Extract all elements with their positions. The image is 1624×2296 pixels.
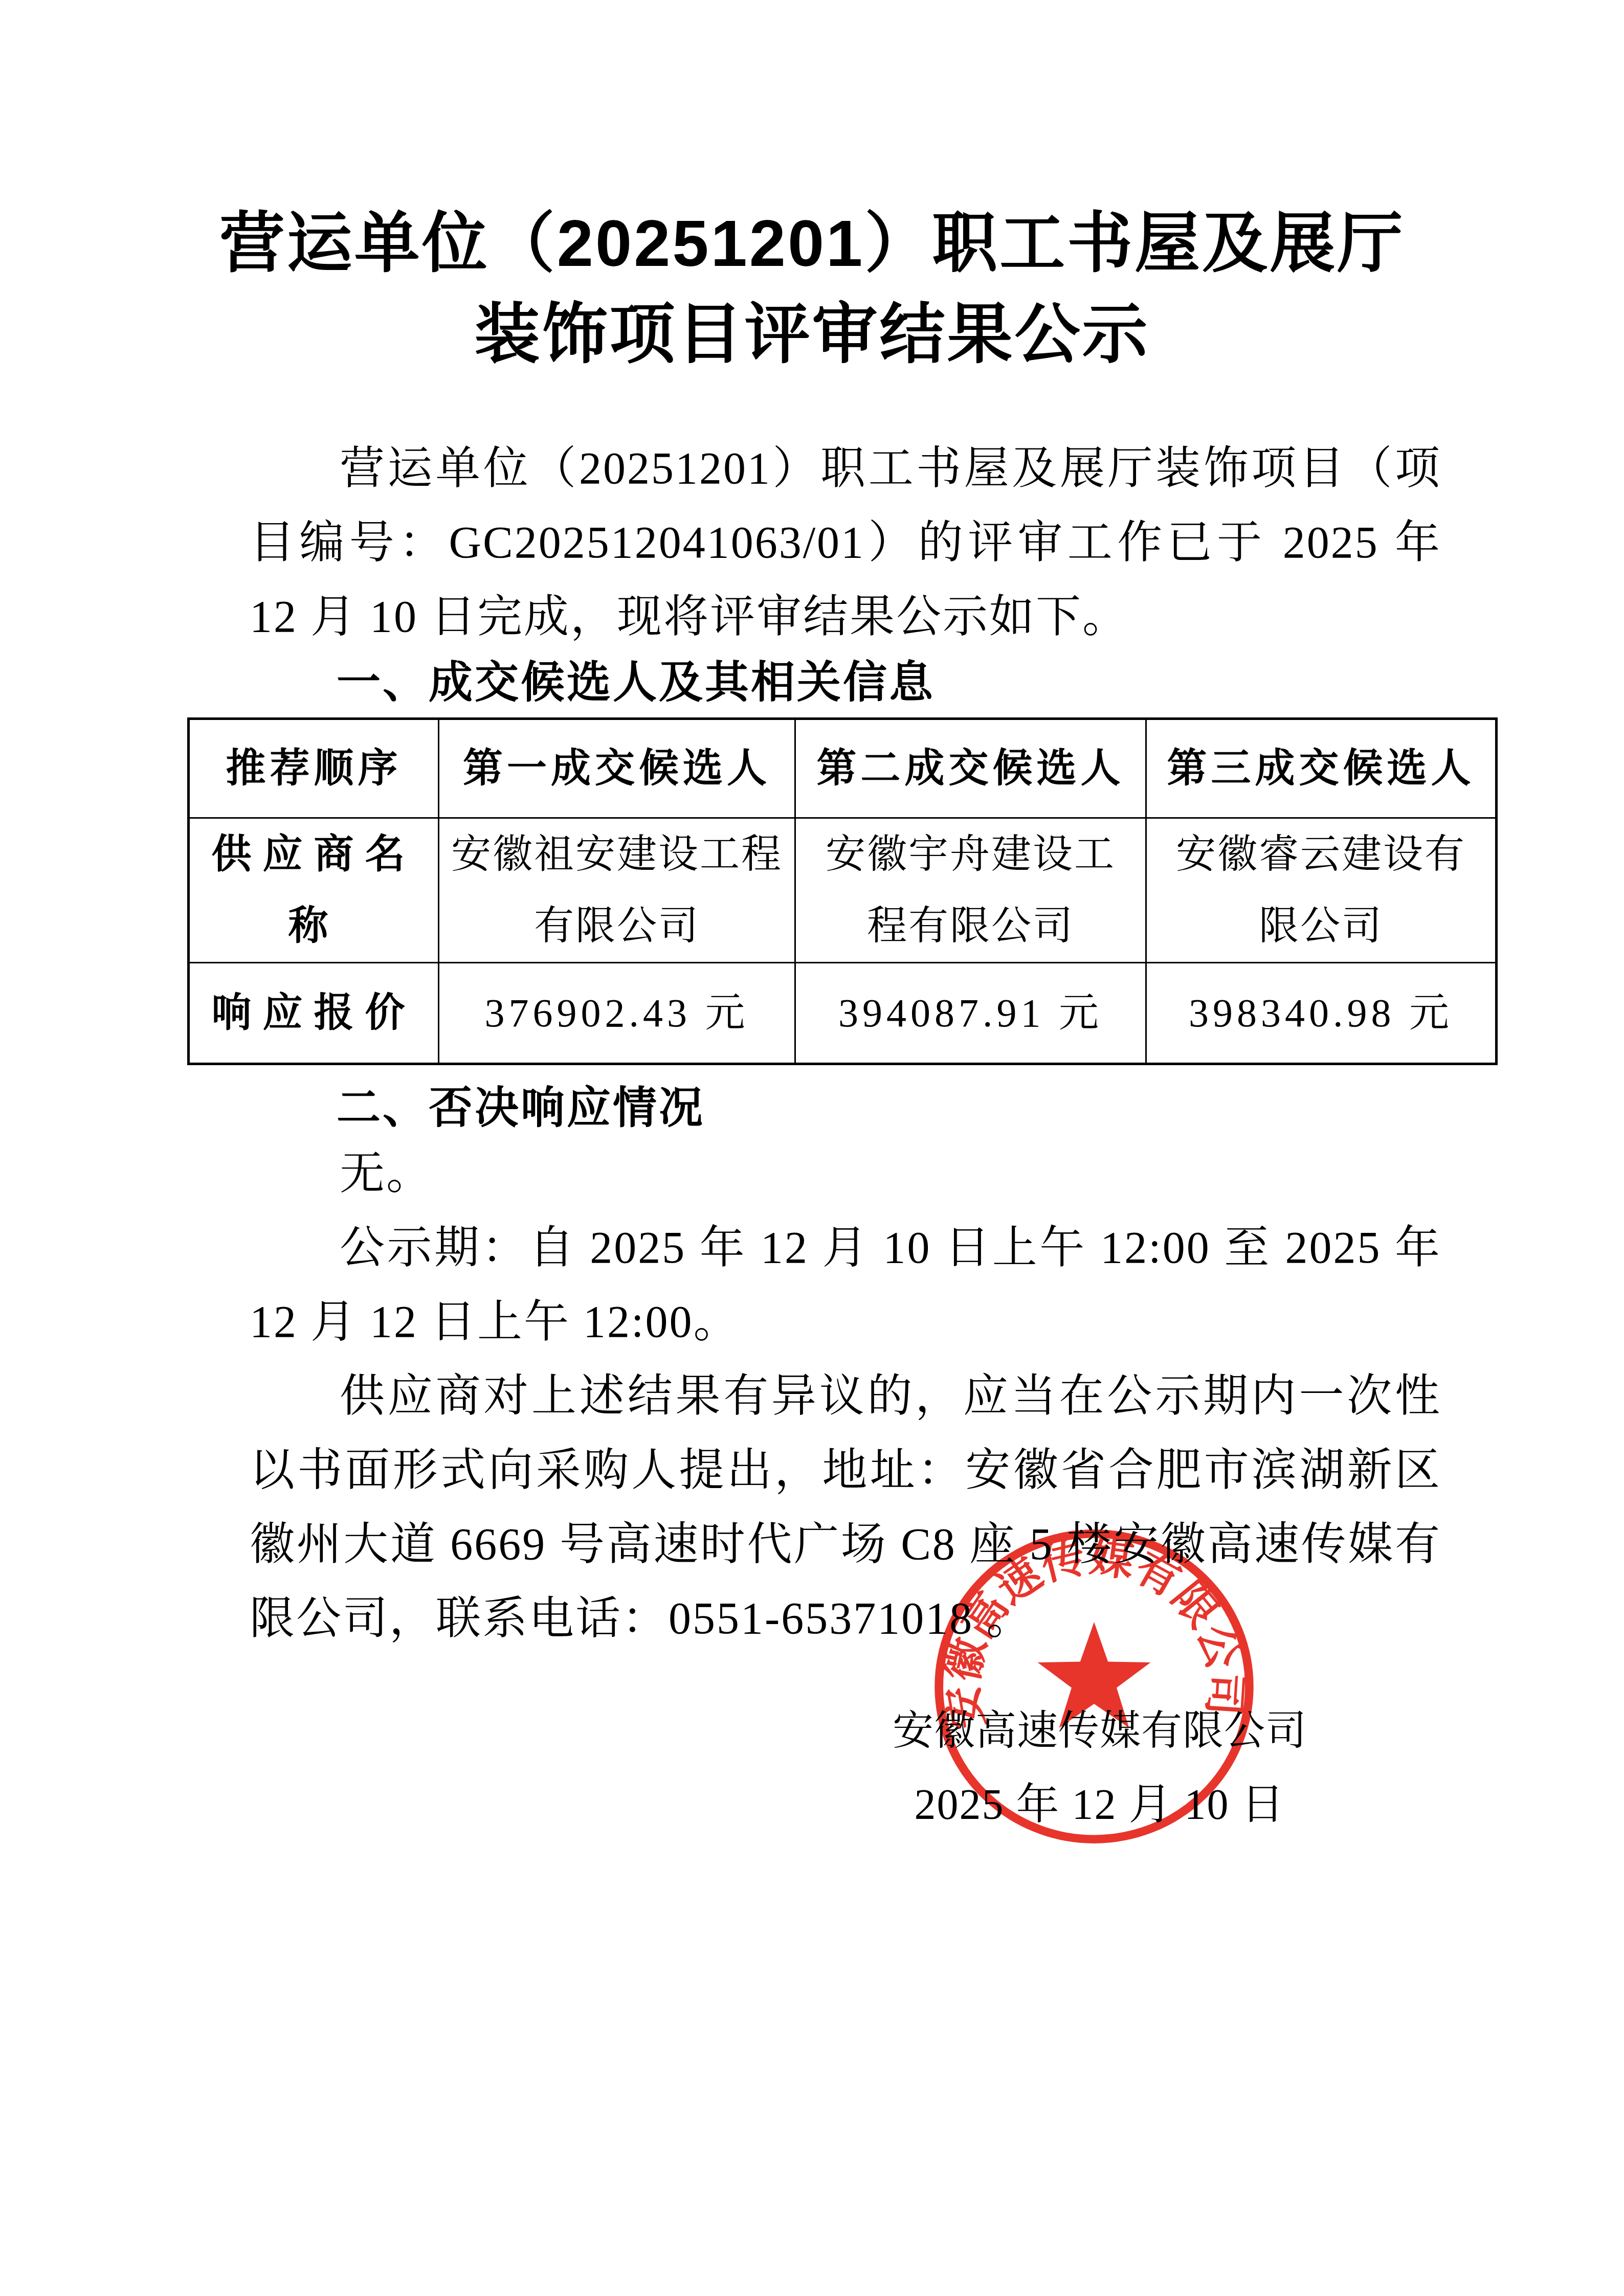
supplier-3-price: 398340.98 元 <box>1146 963 1497 1064</box>
rejection-none-paragraph: 无。 <box>250 1137 1441 1211</box>
supplier-1-price: 376902.43 元 <box>439 963 795 1064</box>
row-label-supplier-name: 供应商名称 <box>189 818 439 963</box>
header-second-candidate: 第二成交候选人 <box>795 719 1146 818</box>
document-page: 营运单位（20251201）职工书屋及展厅 装饰项目评审结果公示 营运单位（20… <box>0 0 1624 2296</box>
section1-heading: 一、成交候选人及其相关信息 <box>250 654 1624 711</box>
table-row-supplier-name: 供应商名称 安徽祖安建设工程有限公司 安徽宇舟建设工程有限公司 安徽睿云建设有限… <box>189 818 1497 963</box>
title-line-2: 装饰项目评审结果公示 <box>0 289 1624 380</box>
table-header-row: 推荐顺序 第一成交候选人 第二成交候选人 第三成交候选人 <box>189 719 1497 818</box>
supplier-2-name: 安徽宇舟建设工程有限公司 <box>795 818 1146 963</box>
header-third-candidate: 第三成交候选人 <box>1146 719 1497 818</box>
page-title: 营运单位（20251201）职工书屋及展厅 装饰项目评审结果公示 <box>0 0 1624 380</box>
intro-paragraph: 营运单位（20251201）职工书屋及展厅装饰项目（项目编号：GC2025120… <box>250 432 1441 654</box>
header-recommend-order: 推荐顺序 <box>189 719 439 818</box>
company-seal-stamp: 安徽高速传媒有限公司 <box>928 1523 1260 1850</box>
star-icon <box>1038 1622 1151 1728</box>
objection-paragraph: 供应商对上述结果有异议的，应当在公示期内一次性以书面形式向采购人提出，地址：安徽… <box>250 1359 1441 1656</box>
section2-heading: 二、否决响应情况 <box>250 1079 1624 1137</box>
table-row-response-price: 响应报价 376902.43 元 394087.91 元 398340.98 元 <box>189 963 1497 1064</box>
header-first-candidate: 第一成交候选人 <box>439 719 795 818</box>
candidates-table: 推荐顺序 第一成交候选人 第二成交候选人 第三成交候选人 供应商名称 安徽祖安建… <box>187 717 1498 1065</box>
supplier-3-name: 安徽睿云建设有限公司 <box>1146 818 1497 963</box>
row-label-response-price: 响应报价 <box>189 963 439 1064</box>
publicity-period-paragraph: 公示期：自 2025 年 12 月 10 日上午 12:00 至 2025 年 … <box>250 1211 1441 1359</box>
title-line-1: 营运单位（20251201）职工书屋及展厅 <box>0 198 1624 289</box>
supplier-2-price: 394087.91 元 <box>795 963 1146 1064</box>
supplier-1-name: 安徽祖安建设工程有限公司 <box>439 818 795 963</box>
